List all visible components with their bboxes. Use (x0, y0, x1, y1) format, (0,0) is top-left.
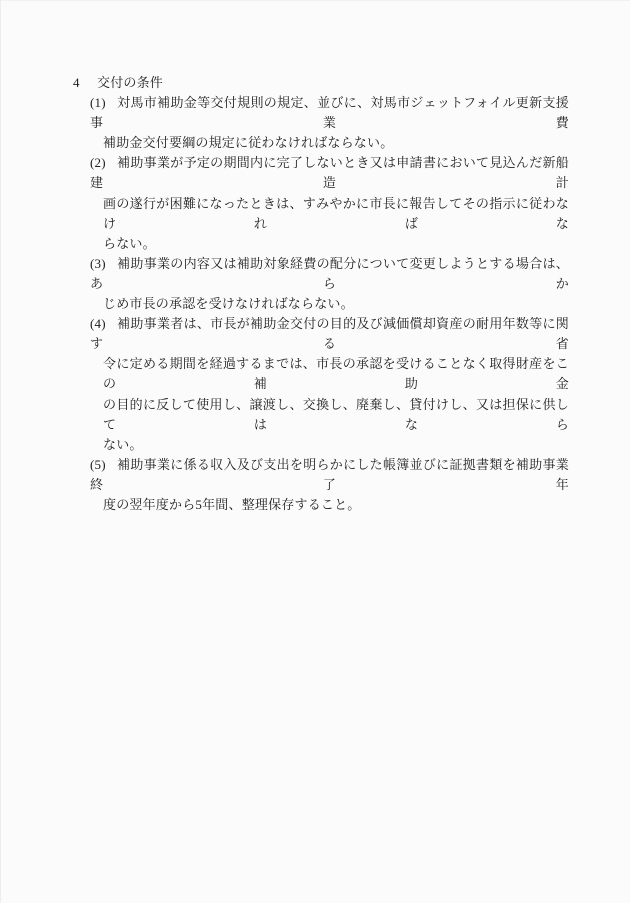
item-line: ない。 (103, 435, 569, 455)
item-line: 画の遂行が困難になったときは、すみやかに市長に報告してその指示に従わなければな (103, 194, 569, 234)
item-number: (3) (90, 254, 117, 274)
section-heading: 4交付の条件 (0, 73, 630, 93)
item-number: (4) (90, 314, 117, 334)
item-text: 対馬市補助金等交付規則の規定、並びに、対馬市ジェットフォイル更新支援事業費 (90, 95, 569, 130)
item-line: (5)補助事業に係る収入及び支出を明らかにした帳簿並びに証拠書類を補助事業終了年 (90, 455, 569, 495)
item-line: (2)補助事業が予定の期間内に完了しないとき又は申請書において見込んだ新船建造計 (90, 153, 569, 193)
document-content: 4交付の条件 (1)対馬市補助金等交付規則の規定、並びに、対馬市ジェットフォイル… (0, 73, 630, 515)
item-number: (1) (90, 93, 117, 113)
item-line: 令に定める期間を経過するまでは、市長の承認を受けることなく取得財産をこの補助金 (103, 354, 569, 394)
item-text: 補助事業に係る収入及び支出を明らかにした帳簿並びに証拠書類を補助事業終了年 (90, 457, 569, 492)
list-item: (4)補助事業者は、市長が補助金交付の目的及び減価償却資産の耐用年数等に関する省… (0, 314, 569, 455)
list-item: (3)補助事業の内容又は補助対象経費の配分について変更しようとする場合は、あらか… (0, 254, 569, 314)
item-line: の目的に反して使用し、譲渡し、交換し、廃棄し、貸付けし、又は担保に供してはなら (103, 395, 569, 435)
list-item: (1)対馬市補助金等交付規則の規定、並びに、対馬市ジェットフォイル更新支援事業費… (0, 93, 569, 153)
item-line: (4)補助事業者は、市長が補助金交付の目的及び減価償却資産の耐用年数等に関する省 (90, 314, 569, 354)
document-page: 4交付の条件 (1)対馬市補助金等交付規則の規定、並びに、対馬市ジェットフォイル… (0, 0, 630, 903)
item-text: 補助事業の内容又は補助対象経費の配分について変更しようとする場合は、あらか (90, 256, 569, 291)
item-text: 補助事業者は、市長が補助金交付の目的及び減価償却資産の耐用年数等に関する省 (90, 316, 569, 351)
section-heading-title: 交付の条件 (97, 75, 163, 90)
item-line: らない。 (103, 234, 569, 254)
section-heading-number: 4 (73, 73, 97, 93)
item-line: 補助金交付要綱の規定に従わなければならない。 (103, 133, 569, 153)
item-text: 補助事業が予定の期間内に完了しないとき又は申請書において見込んだ新船建造計 (90, 155, 569, 190)
list-item: (5)補助事業に係る収入及び支出を明らかにした帳簿並びに証拠書類を補助事業終了年… (0, 455, 569, 515)
item-line: (1)対馬市補助金等交付規則の規定、並びに、対馬市ジェットフォイル更新支援事業費 (90, 93, 569, 133)
item-line: 度の翌年度から5年間、整理保存すること。 (103, 495, 569, 515)
item-number: (2) (90, 153, 117, 173)
item-number: (5) (90, 455, 117, 475)
item-line: じめ市長の承認を受けなければならない。 (103, 294, 569, 314)
list-item: (2)補助事業が予定の期間内に完了しないとき又は申請書において見込んだ新船建造計… (0, 153, 569, 253)
item-line: (3)補助事業の内容又は補助対象経費の配分について変更しようとする場合は、あらか (90, 254, 569, 294)
